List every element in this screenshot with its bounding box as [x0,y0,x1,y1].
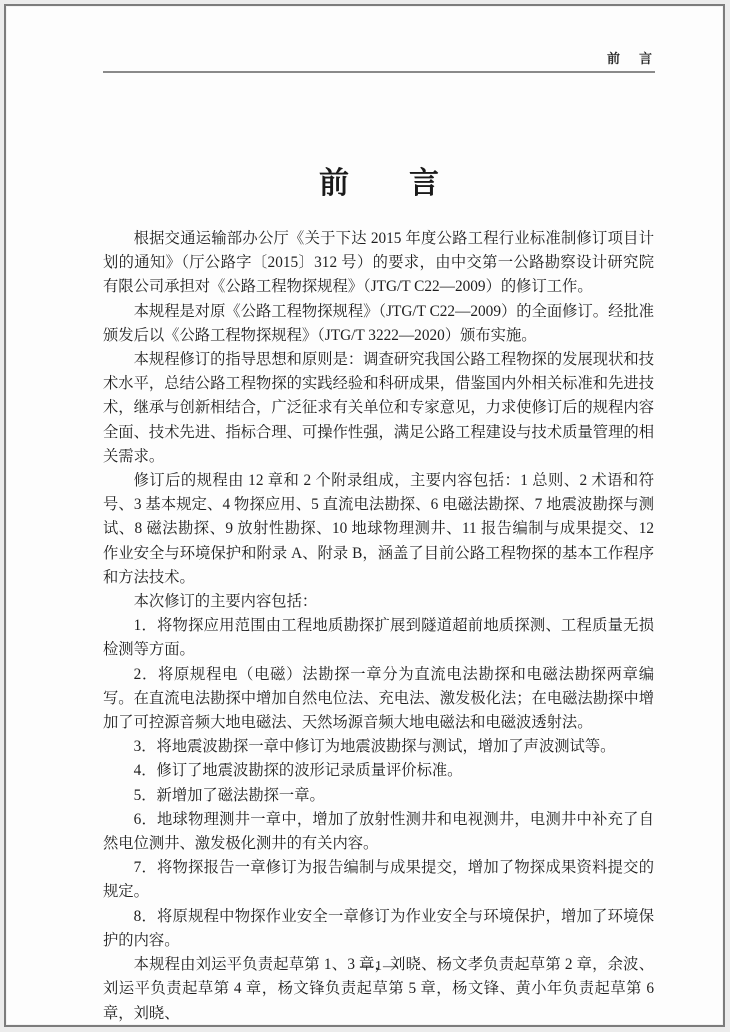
paragraph-guiding-principles: 本规程修订的指导思想和原则是：调查研究我国公路工程物探的发展现状和技术水平，总结… [103,348,654,469]
document-page: 前 言 前 言 根据交通运输部办公厅《关于下达 2015 年度公路工程行业标准制… [4,4,725,1027]
page-title: 前 言 [103,158,655,202]
paragraph-revision-lead-in: 本次修订的主要内容包括： [103,590,654,614]
list-item-1: 1．将物探应用范围由工程地质勘探扩展到隧道超前地质探测、工程质量无损检测等方面。 [103,614,654,662]
list-item-3: 3．将地震波勘探一章中修订为地震波勘探与测试，增加了声波测试等。 [103,735,654,759]
paragraph-structure-overview: 修订后的规程由 12 章和 2 个附录组成，主要内容包括：1 总则、2 术语和符… [103,469,654,590]
list-item-8: 8．将原规程中物探作业安全一章修订为作业安全与环境保护，增加了环境保护的内容。 [103,905,654,953]
list-item-2: 2．将原规程电（电磁）法勘探一章分为直流电法勘探和电磁法勘探两章编写。在直流电法… [103,663,654,736]
paragraph-revision-basis: 本规程是对原《公路工程物探规程》（JTG/T C22—2009）的全面修订。经批… [103,300,654,348]
list-item-6: 6．地球物理测井一章中，增加了放射性测井和电视测井，电测井中补充了自然电位测井、… [103,808,654,856]
document-body: 根据交通运输部办公厅《关于下达 2015 年度公路工程行业标准制修订项目计划的通… [103,227,654,1026]
running-header-text: 前 言 [607,51,655,66]
list-item-4: 4．修订了地震波勘探的波形记录质量评价标准。 [103,759,654,783]
running-header: 前 言 [103,48,655,73]
paragraph-intro-notice: 根据交通运输部办公厅《关于下达 2015 年度公路工程行业标准制修订项目计划的通… [103,227,654,300]
list-item-7: 7．将物探报告一章修订为报告编制与成果提交，增加了物探成果资料提交的规定。 [103,856,654,904]
page-number: —1— [103,959,655,975]
list-item-5: 5．新增加了磁法勘探一章。 [103,784,654,808]
